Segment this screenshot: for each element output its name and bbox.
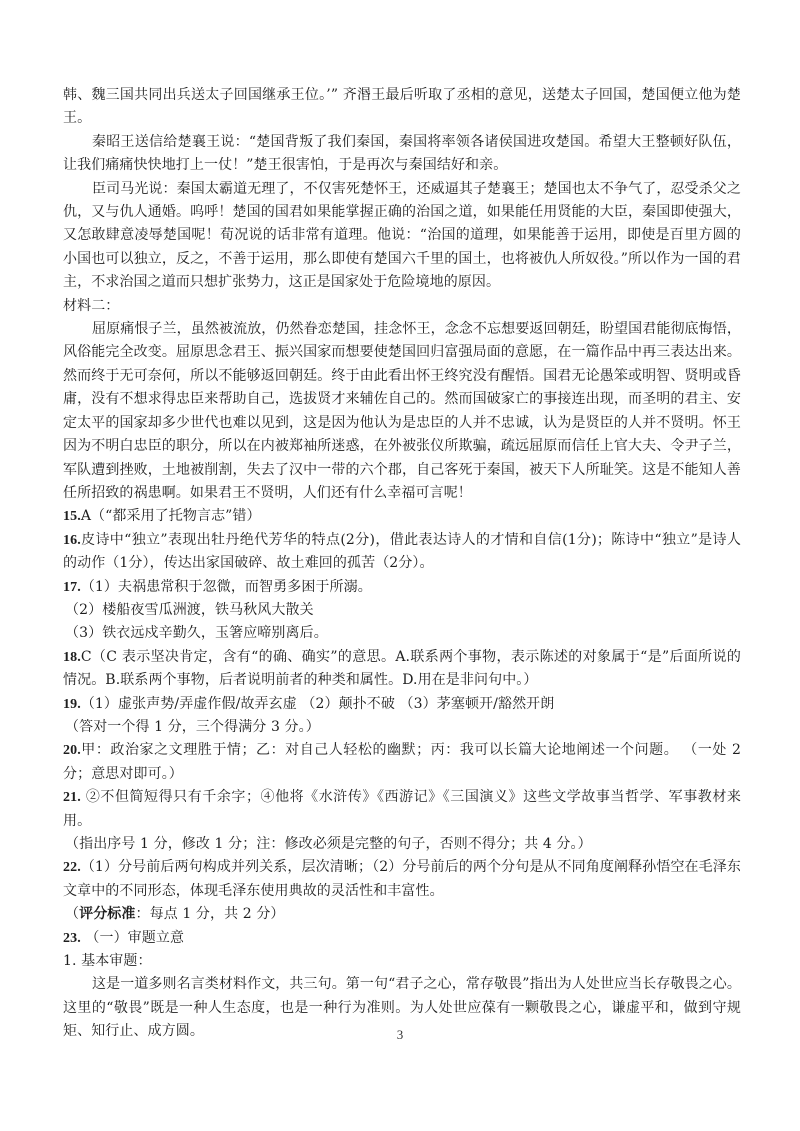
answer-text: 皮诗中“独立”表现出牡丹绝代芳华的特点(2分)，借此表达诗人的才情和自信(1分)… — [63, 532, 741, 571]
answer-text: （1）虚张声势/弄虚作假/故弄玄虚 （2）颠扑不破 （3）茅塞顿开/豁然开朗 — [81, 696, 555, 712]
question-number: 15. — [63, 509, 81, 524]
answer-line-1: （1）夫祸患常积于忽微，而智勇多困于所溺。 — [81, 579, 372, 595]
answer-text: ②不但简短得只有千余字；④他将《水浒传》《西游记》《三国演义》这些文学故事当哲学… — [63, 789, 741, 828]
answer-23: 23. （一）审题立意 — [63, 927, 741, 950]
question-number: 21. — [63, 790, 81, 805]
answer-23-subheading: 1. 基本审题： — [63, 950, 741, 973]
material-one-paragraph-2: 秦昭王送信给楚襄王说：“楚国背叛了我们秦国，秦国将率领各诸侯国进攻楚国。希望大王… — [63, 131, 741, 178]
answer-22: 22.（1）分号前后两句构成并列关系，层次清晰；（2）分号前后的两个分句是从不同… — [63, 856, 741, 903]
answer-22-scoring: （评分标准：每点 1 分，共 2 分） — [63, 903, 741, 926]
answer-19-note: （答对一个得 1 分，三个得满分 3 分。） — [63, 716, 741, 739]
answer-17-line-3: （3）铁衣远戍辛勤久，玉箸应啼别离后。 — [63, 622, 741, 645]
answer-text: C（C 表示坚决肯定，含有“的确、确实”的意思。A.联系两个事物，表示陈述的对象… — [63, 649, 741, 688]
answer-15: 15.A（“都采用了托物言志”错） — [63, 505, 741, 528]
answer-text: 甲：政治家之文理胜于情；乙：对自己人轻松的幽默；丙：我可以长篇大论地阐述一个问题… — [63, 742, 741, 781]
document-page: 韩、魏三国共同出兵送太子回国继承王位。’” 齐湣王最后听取了丞相的意见，送楚太子… — [63, 84, 741, 1044]
scoring-text: ：每点 1 分，共 2 分） — [136, 906, 285, 922]
paren-open: （ — [65, 906, 79, 922]
answer-text: A（“都采用了托物言志”错） — [81, 508, 261, 524]
question-number: 16. — [63, 533, 81, 548]
material-two-paragraph: 屈原痛恨子兰，虽然被流放，仍然眷恋楚国，挂念怀王，念念不忘想要返回朝廷，盼望国君… — [63, 318, 741, 505]
material-one-paragraph-3: 臣司马光说：秦国太霸道无理了，不仅害死楚怀王，还威逼其子楚襄王；楚国也太不争气了… — [63, 178, 741, 295]
answer-16: 16.皮诗中“独立”表现出牡丹绝代芳华的特点(2分)，借此表达诗人的才情和自信(… — [63, 529, 741, 576]
answer-18: 18.C（C 表示坚决肯定，含有“的确、确实”的意思。A.联系两个事物，表示陈述… — [63, 646, 741, 693]
question-number: 18. — [63, 650, 81, 665]
question-number: 22. — [63, 860, 81, 875]
answer-20: 20.甲：政治家之文理胜于情；乙：对自己人轻松的幽默；丙：我可以长篇大论地阐述一… — [63, 739, 741, 786]
answer-17-line-2: （2）楼船夜雪瓜洲渡，铁马秋风大散关 — [63, 599, 741, 622]
question-number: 20. — [63, 743, 81, 758]
material-one-paragraph-1: 韩、魏三国共同出兵送太子回国继承王位。’” 齐湣王最后听取了丞相的意见，送楚太子… — [63, 84, 741, 131]
question-number: 23. — [63, 931, 81, 946]
answer-text: （1）分号前后两句构成并列关系，层次清晰；（2）分号前后的两个分句是从不同角度阐… — [63, 859, 741, 898]
answer-17: 17.（1）夫祸患常积于忽微，而智勇多困于所溺。 — [63, 576, 741, 599]
question-number: 19. — [63, 697, 81, 712]
answer-21: 21. ②不但简短得只有千余字；④他将《水浒传》《西游记》《三国演义》这些文学故… — [63, 786, 741, 833]
answer-heading: （一）审题立意 — [85, 930, 184, 946]
material-two-heading: 材料二： — [63, 295, 741, 318]
answer-19: 19.（1）虚张声势/弄虚作假/故弄玄虚 （2）颠扑不破 （3）茅塞顿开/豁然开… — [63, 693, 741, 716]
page-number: 3 — [0, 1027, 800, 1043]
scoring-label: 评分标准 — [79, 906, 135, 922]
question-number: 17. — [63, 580, 81, 595]
answer-21-note: （指出序号 1 分，修改 1 分；注：修改必须是完整的句子，否则不得分；共 4 … — [63, 833, 741, 856]
